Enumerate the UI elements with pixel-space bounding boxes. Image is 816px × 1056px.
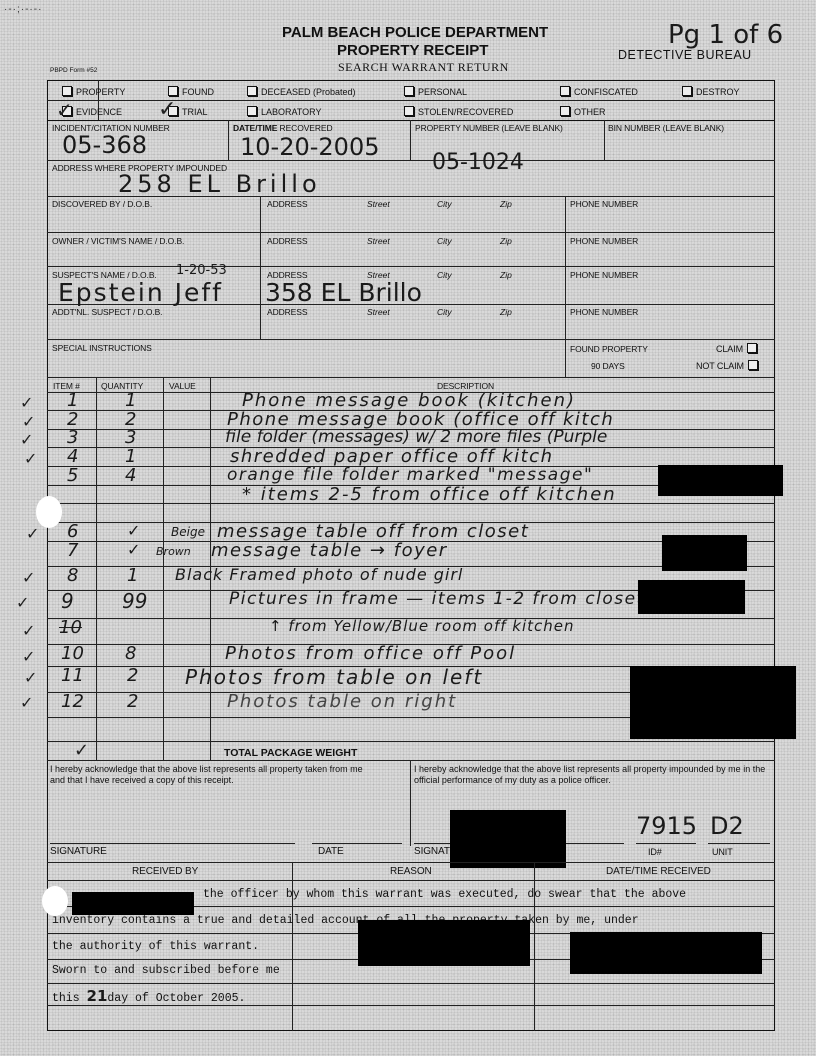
form-title: PROPERTY RECEIPT (337, 42, 488, 59)
date-recovered-field[interactable]: 10-20-2005 (240, 133, 379, 161)
checkbox-deceased[interactable]: DECEASED (Probated) (247, 86, 356, 97)
city-label: City (437, 236, 452, 246)
table-row: 1 1 Phone message book (kitchen) (47, 392, 775, 411)
phone-label: PHONE NUMBER (570, 307, 638, 317)
received-by-header: RECEIVED BY (132, 866, 198, 877)
zip-label: Zip (500, 199, 512, 209)
checkbox-icon (168, 86, 178, 96)
checkbox-destroy[interactable]: DESTROY (682, 86, 740, 97)
checkbox-icon (247, 106, 257, 116)
unit-label: UNIT (712, 847, 733, 857)
checkbox-icon (560, 86, 570, 96)
address-label: ADDRESS (267, 199, 307, 209)
found-property-label: FOUND PROPERTY (570, 344, 648, 354)
form-number: PBPD Form #52 (50, 67, 97, 74)
officer-unit-field[interactable]: D2 (710, 812, 744, 840)
property-number-field[interactable]: 05-1024 (432, 150, 524, 175)
sworn-line-5: this 21day of October 2005. (52, 987, 245, 1005)
owner-phone-field[interactable] (570, 246, 768, 264)
address-impounded-field[interactable]: 258 EL Brillo (118, 170, 321, 198)
discovered-by-label: DISCOVERED BY / D.O.B. (52, 199, 152, 209)
phone-label: PHONE NUMBER (570, 199, 638, 209)
redaction-block (662, 535, 747, 571)
special-instructions-label: SPECIAL INSTRUCTIONS (52, 343, 152, 353)
discovered-address-field[interactable] (267, 210, 557, 230)
form-subtitle: SEARCH WARRANT RETURN (338, 60, 509, 75)
checkbox-laboratory[interactable]: LABORATORY (247, 106, 322, 117)
zip-label: Zip (500, 270, 512, 280)
checkbox-icon (748, 360, 758, 370)
table-row: 10 8 Photos from office off Pool (47, 645, 775, 664)
handwritten-check-icon: ✓ (20, 430, 33, 449)
checkbox-stolen-recovered[interactable]: STOLEN/RECOVERED (404, 106, 513, 117)
zip-label: Zip (500, 236, 512, 246)
checkbox-property[interactable]: PROPERTY (62, 86, 125, 97)
redaction-block (638, 580, 745, 614)
scan-speckle: ·-·;·-·-· (4, 4, 42, 15)
handwritten-check-icon: ✓ (22, 621, 35, 640)
handwritten-check-icon: ✓ (22, 647, 35, 666)
bin-number-label: BIN NUMBER (Leave Blank) (608, 123, 724, 133)
table-row: 4 1 shredded paper office off kitch (47, 448, 775, 467)
discovered-phone-field[interactable] (570, 210, 768, 230)
street-label: Street (367, 307, 390, 317)
additional-suspect-address-field[interactable] (267, 318, 557, 336)
city-label: City (437, 270, 452, 280)
handwritten-check-icon: ✓ (26, 524, 39, 543)
city-label: City (437, 199, 452, 209)
handwritten-check-icon: ✓ (24, 668, 37, 687)
sworn-line-3: the authority of this warrant. (52, 940, 259, 953)
suspect-dob-field[interactable]: 1-20-53 (176, 263, 227, 278)
additional-suspect-field[interactable] (52, 318, 252, 336)
checkbox-other[interactable]: OTHER (560, 106, 606, 117)
claim-checkbox[interactable]: CLAIM (716, 343, 757, 354)
handwritten-check-icon: ✓ (22, 568, 35, 587)
additional-suspect-label: ADDT'NL. SUSPECT / D.O.B. (52, 307, 162, 317)
address-label: ADDRESS (267, 307, 307, 317)
redaction-block (658, 465, 783, 496)
property-number-label: PROPERTY NUMBER (Leave Blank) (415, 123, 563, 133)
checkbox-confiscated[interactable]: CONFISCATED (560, 86, 638, 97)
total-weight-field[interactable] (380, 744, 770, 758)
redaction-block (358, 920, 530, 966)
subject-date-field[interactable] (312, 828, 402, 842)
date-label: DATE (318, 846, 344, 857)
special-instructions-field[interactable] (52, 354, 557, 374)
bureau-label: DETECTIVE BUREAU (618, 48, 752, 62)
street-label: Street (367, 236, 390, 246)
table-row: 3 3 file folder (messages) w/ 2 more fil… (47, 429, 775, 448)
not-claim-checkbox[interactable]: NOT CLAIM (696, 360, 758, 371)
department-title: PALM BEACH POLICE DEPARTMENT (282, 24, 548, 41)
date-time-received-header: DATE/TIME RECEIVED (606, 866, 711, 877)
signature-label: SIGNATURE (50, 846, 107, 857)
subject-acknowledgement-text: I hereby acknowledge that the above list… (50, 764, 370, 786)
checkbox-icon (62, 86, 72, 96)
checkbox-personal[interactable]: PERSONAL (404, 86, 467, 97)
ninety-days-label: 90 DAYS (591, 361, 625, 371)
checkbox-icon (682, 86, 692, 96)
checkbox-icon (404, 86, 414, 96)
redaction-block (630, 666, 796, 739)
city-label: City (437, 307, 452, 317)
subject-signature-field[interactable] (50, 828, 295, 842)
handwritten-check-icon: ✓ (20, 393, 33, 412)
col-header-quantity: QUANTITY (101, 381, 143, 391)
id-label: ID# (648, 847, 662, 857)
suspect-address-field[interactable]: 358 EL Brillo (265, 278, 422, 307)
sworn-line-2: inventory contains a true and detailed a… (52, 914, 639, 927)
owner-victim-label: OWNER / VICTIM'S NAME / D.O.B. (52, 236, 184, 246)
checkbox-found[interactable]: FOUND (168, 86, 214, 97)
sworn-line-1: the officer by whom this warrant was exe… (203, 888, 686, 901)
reason-header: REASON (390, 866, 432, 877)
hole-punch (36, 496, 62, 528)
phone-label: PHONE NUMBER (570, 270, 638, 280)
suspect-phone-field[interactable] (570, 282, 768, 302)
discovered-by-field[interactable] (52, 210, 252, 230)
owner-address-field[interactable] (267, 246, 557, 264)
handwritten-check-icon: ✓ (24, 449, 37, 468)
zip-label: Zip (500, 307, 512, 317)
bin-number-field[interactable] (608, 134, 768, 156)
officer-acknowledgement-text: I hereby acknowledge that the above list… (414, 764, 769, 786)
incident-number-field[interactable]: 05-368 (62, 131, 147, 159)
address-label: ADDRESS (267, 236, 307, 246)
handwritten-check-icon: ✓ (56, 98, 73, 122)
checkbox-icon (247, 86, 257, 96)
checkbox-icon (560, 106, 570, 116)
owner-victim-field[interactable] (52, 246, 252, 264)
col-header-value: VALUE (169, 381, 196, 391)
phone-label: PHONE NUMBER (570, 236, 638, 246)
handwritten-check-icon: ✓ (74, 740, 89, 761)
checkbox-icon (404, 106, 414, 116)
redaction-block (570, 932, 762, 974)
sworn-line-4: Sworn to and subscribed before me (52, 964, 280, 977)
street-label: Street (367, 199, 390, 209)
sworn-day-field[interactable]: 21 (87, 987, 108, 1005)
total-weight-label: TOTAL PACKAGE WEIGHT (224, 747, 357, 759)
page-annotation: Pg 1 of 6 (668, 20, 783, 50)
hole-punch (42, 886, 68, 916)
redaction-block (72, 892, 194, 915)
suspect-name-field[interactable]: Epstein Jeff (58, 278, 223, 307)
additional-suspect-phone-field[interactable] (570, 318, 768, 336)
handwritten-check-icon: ✓ (22, 412, 35, 431)
date-recovered-label: DATE/TIME RECOVERED (233, 123, 333, 133)
handwritten-check-icon: ✓ (20, 693, 33, 712)
officer-id-field[interactable]: 7915 (636, 812, 697, 840)
handwritten-check-icon: ✓ (158, 97, 176, 122)
checkbox-icon (747, 343, 757, 353)
redaction-block (450, 810, 566, 868)
handwritten-check-icon: ✓ (16, 593, 29, 612)
table-row: 10 ↑ from Yellow/Blue room off kitchen (47, 619, 775, 638)
